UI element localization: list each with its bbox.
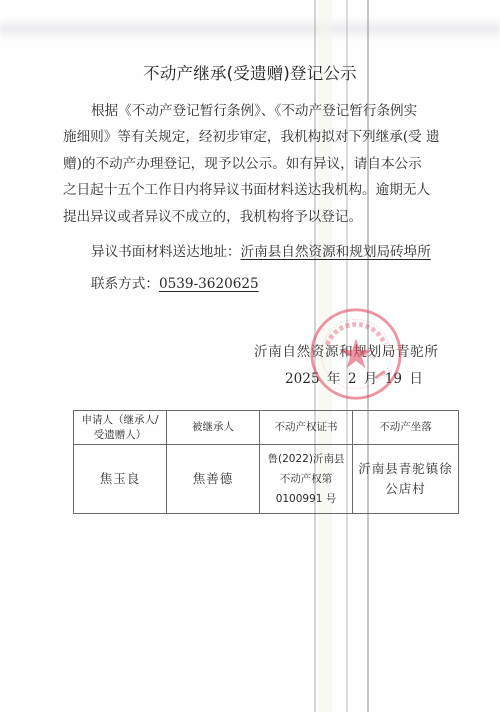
contact-phone: 0539-3620625 (159, 276, 259, 292)
registration-table: 申请人（继承人/受遗赠人） 被继承人 不动产权证书 不动产坐落 焦玉良 焦善德 … (73, 410, 459, 514)
table-row: 焦玉良 焦善德 鲁(2022)沂南县不动产权第 0100991 号 沂南县青驼镇… (74, 445, 459, 514)
header-location: 不动产坐落 (353, 411, 459, 445)
cell-certificate: 鲁(2022)沂南县不动产权第 0100991 号 (260, 445, 353, 514)
header-certificate: 不动产权证书 (260, 411, 353, 445)
paragraph-line: 施细则》等有关规定，经初步审定，我机构拟对下列继承(受 遗 (63, 124, 439, 150)
paragraph-line: 提出异议或者异议不成立的，我机构将予以登记。 (63, 204, 439, 230)
cell-applicant: 焦玉良 (74, 445, 167, 514)
notice-paragraph: 根据《不动产登记暂行条例》、《不动产登记暂行条例实 施细则》等有关规定，经初步审… (63, 98, 439, 230)
issuer-signature: 沂南自然资源和规划局青驼所 (254, 340, 439, 360)
cell-decedent: 焦善德 (167, 445, 260, 514)
contact-label: 联系方式： (91, 276, 159, 292)
contact-info: 联系方式：0539-3620625 (91, 272, 259, 292)
header-applicant: 申请人（继承人/受遗赠人） (74, 411, 167, 445)
header-decedent: 被继承人 (167, 411, 260, 445)
issue-date: 2025 年 2 月 19 日 (285, 367, 423, 387)
paragraph-line: 之日起十五个工作日内将异议书面材料送达我机构。逾期无人 (63, 177, 439, 203)
table-header-row: 申请人（继承人/受遗赠人） 被继承人 不动产权证书 不动产坐落 (74, 411, 459, 445)
address-label: 异议书面材料送达地址： (91, 244, 241, 260)
cell-location: 沂南县青驼镇徐公店村 (353, 445, 459, 514)
address-value: 沂南县自然资源和规划局砖埠所 (241, 244, 431, 260)
objection-address: 异议书面材料送达地址：沂南县自然资源和规划局砖埠所 (91, 240, 431, 260)
paragraph-line: 赠)的不动产办理登记，现予以公示。如有异议，请自本公示 (63, 151, 439, 177)
scan-blur-band (0, 18, 500, 40)
paragraph-line: 根据《不动产登记暂行条例》、《不动产登记暂行条例实 (63, 98, 439, 124)
document-title: 不动产继承(受遗赠)登记公示 (0, 60, 500, 84)
